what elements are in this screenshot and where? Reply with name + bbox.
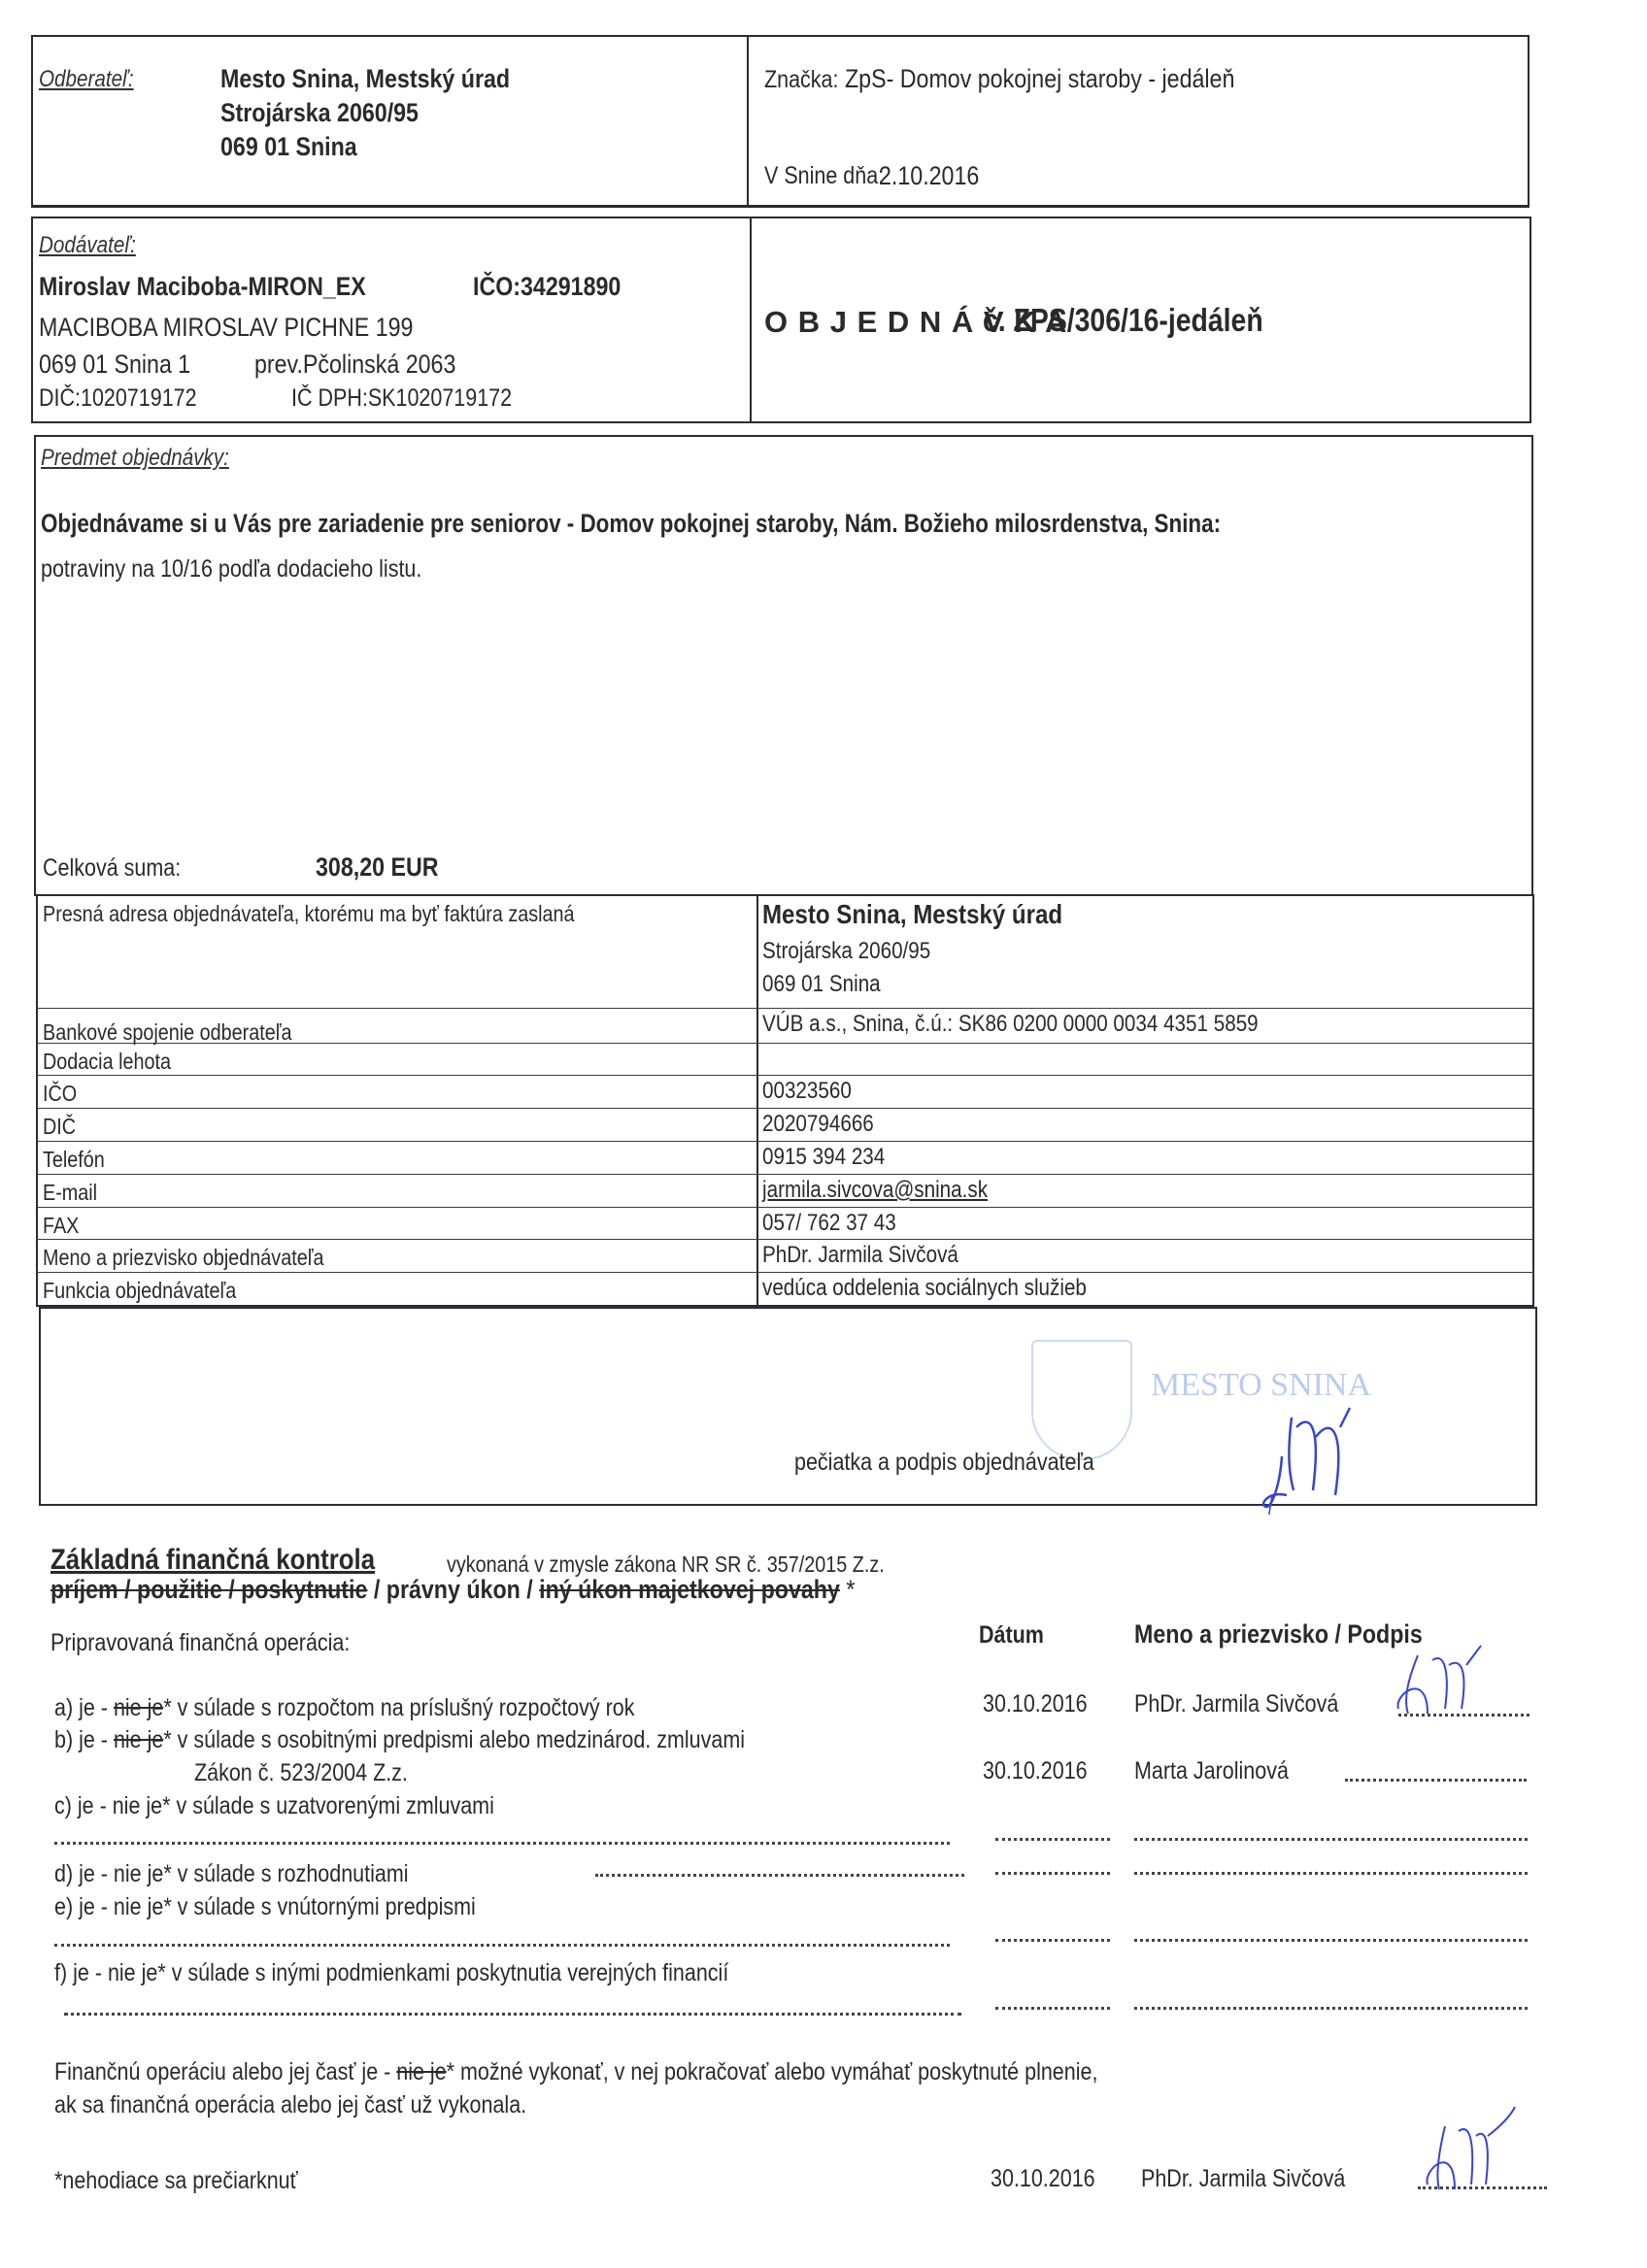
gap-line	[31, 205, 1529, 207]
date-value: 2.10.2016	[879, 161, 979, 191]
signature-icon	[1253, 1398, 1389, 1515]
order-number: č. ZPS/306/16-jedáleň	[983, 302, 1263, 339]
address-label: Presná adresa objednávateľa, ktorému ma …	[43, 901, 575, 927]
control-item: f) je - nie je* v súlade s inými podmien…	[54, 1959, 728, 1987]
row-c-name-dots	[1134, 1838, 1528, 1841]
control-title: Základná finančná kontrola	[50, 1544, 375, 1577]
odberatel-city: 069 01 Snina	[220, 132, 357, 162]
col-date-header: Dátum	[979, 1621, 1044, 1650]
info-row-value: vedúca oddelenia sociálnych služieb	[762, 1275, 1087, 1302]
info-row-label: E-mail	[43, 1180, 97, 1206]
control-item: e) je - nie je* v súlade s vnútornými pr…	[54, 1893, 476, 1921]
row-e-date-dots	[995, 1939, 1110, 1942]
type-struck-2: iný úkon majetkovej povahy	[539, 1575, 840, 1604]
subject-box	[34, 435, 1533, 896]
info-row-divider	[36, 1008, 1534, 1009]
final-line-1: Finančnú operáciu alebo jej časť je - ni…	[54, 2058, 1097, 2086]
item-prefix: f) je - nie je	[54, 1959, 157, 1986]
info-row-label: DIČ	[43, 1114, 76, 1140]
info-row-label: Funkcia objednávateľa	[43, 1278, 236, 1304]
supplier-line3a: 069 01 Snina 1	[39, 350, 190, 380]
row-f-dots	[64, 2013, 961, 2016]
znacka-label: Značka:	[764, 66, 838, 94]
row-c-date-dots	[995, 1838, 1110, 1841]
row-f-date-dots	[995, 2007, 1110, 2010]
item-rest: * v súlade s rozpočtom na príslušný rozp…	[163, 1694, 634, 1721]
item-prefix: e) je - nie je	[54, 1893, 163, 1920]
info-table-divider	[756, 894, 758, 1307]
info-row-value: 057/ 762 37 43	[762, 1210, 896, 1237]
total-value: 308,20 EUR	[316, 852, 439, 883]
row-d-dots	[595, 1874, 964, 1877]
info-row-label: Meno a priezvisko objednávateľa	[43, 1245, 323, 1271]
control-item: Zákon č. 523/2004 Z.z.	[194, 1759, 408, 1787]
info-row-label: Dodacia lehota	[43, 1049, 171, 1075]
item-rest: * v súlade s uzatvorenými zmluvami	[162, 1792, 494, 1819]
item-rest: * v súlade s inými podmienkami poskytnut…	[157, 1959, 728, 1986]
info-row-label: IČO	[43, 1081, 77, 1107]
info-row-label: Telefón	[43, 1147, 105, 1173]
email-link[interactable]: jarmila.sivcova@snina.sk	[762, 1177, 988, 1204]
control-item: c) je - nie je* v súlade s uzatvorenými …	[54, 1792, 494, 1820]
odberatel-name: Mesto Snina, Mestský úrad	[220, 64, 510, 94]
control-heading-rest: vykonaná v zmysle zákona NR SR č. 357/20…	[447, 1551, 885, 1578]
item-rest: Zákon č. 523/2004 Z.z.	[194, 1759, 408, 1786]
znacka-value: ZpS- Domov pokojnej staroby - jedáleň	[845, 64, 1234, 94]
info-row-divider	[36, 1043, 1534, 1044]
row-d-date-dots	[995, 1872, 1110, 1875]
final-line-2: ak sa finančná operácia alebo jej časť u…	[54, 2091, 526, 2119]
final-date: 30.10.2016	[991, 2165, 1095, 2193]
info-row-divider	[36, 1207, 1534, 1208]
type-star: *	[840, 1575, 855, 1604]
row-f-name-dots	[1134, 2007, 1528, 2010]
info-row-value: 0915 394 234	[762, 1144, 885, 1171]
date-label: V Snine dňa:	[764, 162, 884, 190]
control-item: a) je - nie je* v súlade s rozpočtom na …	[54, 1694, 634, 1722]
footnote: *nehodiace sa prečiarknuť	[54, 2167, 298, 2195]
stamp-seal	[1031, 1340, 1132, 1460]
address-line-3: 069 01 Snina	[762, 971, 881, 998]
type-kept: / právny úkon /	[367, 1575, 539, 1604]
control-item: d) je - nie je* v súlade s rozhodnutiami	[54, 1860, 409, 1888]
final-struck: nie je	[396, 2058, 446, 2085]
prepared-label: Pripravovaná finančná operácia:	[50, 1629, 350, 1657]
supplier-name: Miroslav Maciboba-MIRON_EX	[39, 272, 366, 302]
sig1-name: PhDr. Jarmila Sivčová	[1134, 1690, 1338, 1718]
item-prefix: c) je - nie je	[54, 1792, 162, 1819]
address-line-2: Strojárska 2060/95	[762, 938, 930, 965]
item-rest: * v súlade s vnútornými predpismi	[163, 1893, 475, 1920]
row-e-name-dots	[1134, 1939, 1528, 1942]
subject-label: Predmet objednávky:	[41, 445, 229, 472]
sig2-name: Marta Jarolinová	[1134, 1757, 1289, 1785]
info-row-value: VÚB a.s., Snina, č.ú.: SK86 0200 0000 00…	[762, 1011, 1259, 1038]
info-row-label: Bankové spojenie odberateľa	[43, 1019, 292, 1046]
info-row-value: PhDr. Jarmila Sivčová	[762, 1242, 958, 1269]
control-heading: Základná finančná kontrola	[50, 1544, 427, 1577]
item-prefix: a) je -	[54, 1694, 114, 1721]
item-struck: nie je	[114, 1726, 163, 1753]
final-rest: * možné vykonať, v nej pokračovať alebo …	[447, 2058, 1098, 2085]
final-prefix: Finančnú operáciu alebo jej časť je -	[54, 2058, 396, 2085]
supplier-dic: DIČ:1020719172	[39, 384, 197, 413]
address-line-1: Mesto Snina, Mestský úrad	[762, 899, 1062, 930]
subject-bold-text: Objednávame si u Vás pre zariadenie pre …	[41, 509, 1221, 539]
signature-icon	[1418, 2107, 1525, 2194]
item-prefix: b) je -	[54, 1726, 114, 1753]
row-d-name-dots	[1134, 1872, 1528, 1875]
info-row-label: FAX	[43, 1213, 79, 1239]
row-c-dots	[54, 1842, 950, 1845]
type-struck-1: príjem / použitie / poskytnutie	[50, 1575, 367, 1604]
supplier-icdph: IČ DPH:SK1020719172	[291, 384, 512, 413]
control-type-line: príjem / použitie / poskytnutie / právny…	[50, 1575, 855, 1605]
signature-icon	[1389, 1641, 1496, 1718]
item-prefix: d) je - nie je	[54, 1860, 163, 1887]
info-row-divider	[36, 1141, 1534, 1142]
final-name: PhDr. Jarmila Sivčová	[1141, 2165, 1345, 2193]
header-divider	[747, 35, 749, 208]
info-row-divider	[36, 1174, 1534, 1175]
col-name-header: Meno a priezvisko / Podpis	[1134, 1619, 1423, 1650]
info-row-value: 00323560	[762, 1078, 852, 1105]
control-item: b) je - nie je* v súlade s osobitnými pr…	[54, 1726, 745, 1754]
total-label: Celková suma:	[43, 854, 181, 883]
odberatel-street: Strojárska 2060/95	[220, 98, 419, 128]
sig1-date: 30.10.2016	[983, 1690, 1088, 1718]
info-row-divider	[36, 1272, 1534, 1273]
supplier-line3b: prev.Pčolinská 2063	[254, 350, 455, 380]
odberatel-label: Odberateľ:	[39, 66, 134, 93]
sig2-date: 30.10.2016	[983, 1757, 1088, 1785]
supplier-divider	[750, 217, 752, 423]
item-rest: * v súlade s osobitnými predpismi alebo …	[163, 1726, 745, 1753]
supplier-line2: MACIBOBA MIROSLAV PICHNE 199	[39, 313, 413, 343]
info-row-value: 2020794666	[762, 1111, 874, 1138]
sig2-dots	[1345, 1779, 1527, 1782]
subject-text: potraviny na 10/16 podľa dodacieho listu…	[41, 555, 421, 584]
supplier-ico: IČO:34291890	[473, 272, 621, 302]
stamp-caption: pečiatka a podpis objednávateľa	[794, 1449, 1094, 1477]
gap-line-2	[31, 421, 1531, 423]
item-struck: nie je	[114, 1694, 163, 1721]
row-e-dots	[54, 1944, 950, 1947]
dodavatel-label: Dodávateľ:	[39, 232, 136, 259]
info-row-divider	[36, 1108, 1534, 1109]
info-row-divider	[36, 1075, 1534, 1076]
info-row-divider	[36, 1239, 1534, 1240]
item-rest: * v súlade s rozhodnutiami	[163, 1860, 408, 1887]
